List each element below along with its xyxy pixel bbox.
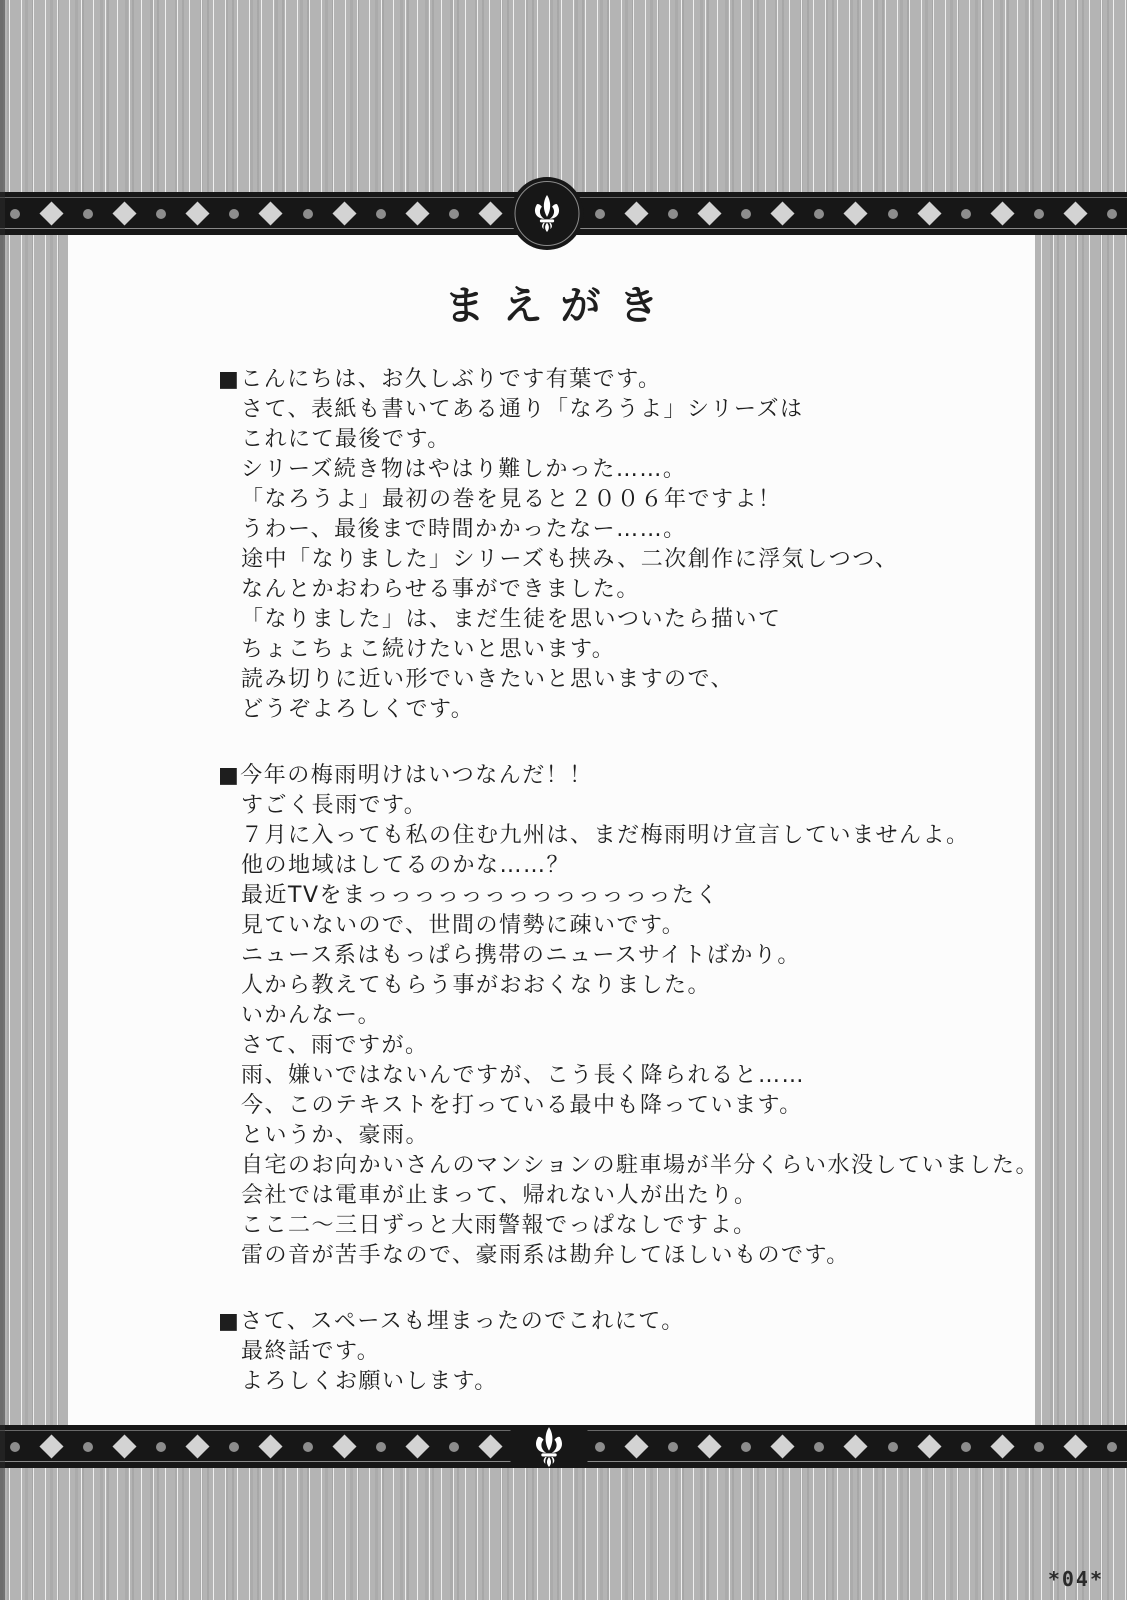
diamond-ornament xyxy=(844,201,868,225)
paragraph: ■さて、スペースも埋まったのでこれにて。最終話です。よろしくお願いします。 xyxy=(218,1307,1035,1397)
text-line: 雨、嫌いではないんですが、こう長く降られると…… xyxy=(218,1061,1035,1091)
scanned-doujin-preface-page: { "page": { "title": "まえがき", "page_numbe… xyxy=(0,0,1127,1600)
text-line: なんとかおわらせる事ができました。 xyxy=(218,575,1035,605)
text-line: 自宅のお向かいさんのマンションの駐車場が半分くらい水没していました。 xyxy=(218,1151,1035,1181)
text-line: よろしくお願いします。 xyxy=(218,1367,1035,1397)
dot-ornament xyxy=(449,1442,459,1452)
dot-ornament xyxy=(376,1442,386,1452)
text-line: ■今年の梅雨明けはいつなんだ！！ xyxy=(218,761,1035,791)
text-line: 他の地域はしてるのかな……？ xyxy=(218,851,1035,881)
dot-ornament xyxy=(961,209,971,219)
diamond-ornament xyxy=(917,1434,941,1458)
diamond-ornament xyxy=(405,1434,429,1458)
text-line: さて、雨ですが。 xyxy=(218,1031,1035,1061)
text-line: ７月に入っても私の住む九州は、まだ梅雨明け宣言していませんよ。 xyxy=(218,821,1035,851)
dot-ornament xyxy=(376,209,386,219)
diamond-ornament xyxy=(698,1434,722,1458)
dot-ornament xyxy=(741,209,751,219)
dot-ornament xyxy=(668,209,678,219)
text-line: 見ていないので、世間の情勢に疎いです。 xyxy=(218,911,1035,941)
dot-ornament xyxy=(1034,1442,1044,1452)
text-line: 読み切りに近い形でいきたいと思いますので、 xyxy=(218,665,1035,695)
diamond-ornament xyxy=(113,1434,137,1458)
text-line: というか、豪雨。 xyxy=(218,1121,1035,1151)
diamond-ornament xyxy=(698,201,722,225)
dot-ornament xyxy=(814,209,824,219)
text-line: うわー、最後まで時間かかったなー……。 xyxy=(218,515,1035,545)
text-line: ここ二〜三日ずっと大雨警報でっぱなしですよ。 xyxy=(218,1211,1035,1241)
text-line: ■こんにちは、お久しぶりです有葉です。 xyxy=(218,365,1035,395)
dot-ornament xyxy=(961,1442,971,1452)
dot-ornament xyxy=(303,209,313,219)
diamond-ornament xyxy=(332,201,356,225)
dot-ornament xyxy=(1034,209,1044,219)
diamond-ornament xyxy=(405,201,429,225)
text-line: ニュース系はもっぱら携帯のニュースサイトばかり。 xyxy=(218,941,1035,971)
text-line: 今、このテキストを打っている最中も降っています。 xyxy=(218,1091,1035,1121)
dot-ornament xyxy=(888,209,898,219)
diamond-ornament xyxy=(771,201,795,225)
diamond-ornament xyxy=(1063,1434,1087,1458)
diamond-ornament xyxy=(478,1434,502,1458)
diamond-ornament xyxy=(113,201,137,225)
dot-ornament xyxy=(229,1442,239,1452)
diamond-ornament xyxy=(259,201,283,225)
dot-ornament xyxy=(595,209,605,219)
diamond-ornament xyxy=(1063,201,1087,225)
dot-ornament xyxy=(83,1442,93,1452)
text-line: 会社では電車が止まって、帰れない人が出たり。 xyxy=(218,1181,1035,1211)
diamond-ornament xyxy=(186,201,210,225)
diamond-ornament xyxy=(625,201,649,225)
dot-ornament xyxy=(10,209,20,219)
text-line: 「なりました」は、まだ生徒を思いついたら描いて xyxy=(218,605,1035,635)
text-line: 雷の音が苦手なので、豪雨系は勘弁してほしいものです。 xyxy=(218,1241,1035,1271)
diamond-ornament xyxy=(917,201,941,225)
text-line: 途中「なりました」シリーズも挟み、二次創作に浮気しつつ、 xyxy=(218,545,1035,575)
dot-ornament xyxy=(156,209,166,219)
text-line: さて、表紙も書いてある通り「なろうよ」シリーズは xyxy=(218,395,1035,425)
diamond-ornament xyxy=(186,1434,210,1458)
diamond-ornament xyxy=(990,1434,1014,1458)
page-title: まえがき xyxy=(68,283,1035,330)
dot-ornament xyxy=(156,1442,166,1452)
dot-ornament xyxy=(83,209,93,219)
diamond-ornament xyxy=(771,1434,795,1458)
text-line: これにて最後です。 xyxy=(218,425,1035,455)
content-sheet: まえがき ■こんにちは、お久しぶりです有葉です。さて、表紙も書いてある通り「なろ… xyxy=(68,235,1035,1425)
medallion-ring xyxy=(515,181,580,246)
paragraph: ■今年の梅雨明けはいつなんだ！！すごく長雨です。７月に入っても私の住む九州は、ま… xyxy=(218,761,1035,1271)
text-line: シリーズ続き物はやはり難しかった……。 xyxy=(218,455,1035,485)
dot-ornament xyxy=(449,209,459,219)
dot-ornament xyxy=(1107,209,1117,219)
text-line: 人から教えてもらう事がおおくなりました。 xyxy=(218,971,1035,1001)
diamond-ornament xyxy=(844,1434,868,1458)
dot-ornament xyxy=(303,1442,313,1452)
dot-ornament xyxy=(814,1442,824,1452)
text-line: 最終話です。 xyxy=(218,1337,1035,1367)
diamond-ornament xyxy=(259,1434,283,1458)
fleur-de-lis-icon xyxy=(535,1427,564,1467)
preface-text: ■こんにちは、お久しぶりです有葉です。さて、表紙も書いてある通り「なろうよ」シリ… xyxy=(218,365,1035,1397)
diamond-ornament xyxy=(332,1434,356,1458)
diamond-ornament xyxy=(990,201,1014,225)
text-line: どうぞよろしくです。 xyxy=(218,695,1035,725)
text-line: 「なろうよ」最初の巻を見ると２００６年ですよ！ xyxy=(218,485,1035,515)
text-line: すごく長雨です。 xyxy=(218,791,1035,821)
scan-edge-shadow xyxy=(0,0,5,1600)
diamond-ornament xyxy=(478,201,502,225)
paragraph: ■こんにちは、お久しぶりです有葉です。さて、表紙も書いてある通り「なろうよ」シリ… xyxy=(218,365,1035,725)
dot-ornament xyxy=(741,1442,751,1452)
dot-ornament xyxy=(1107,1442,1117,1452)
page-number: *04* xyxy=(1048,1567,1104,1591)
dot-ornament xyxy=(229,209,239,219)
diamond-ornament xyxy=(625,1434,649,1458)
dot-ornament xyxy=(595,1442,605,1452)
text-line: ちょこちょこ続けたいと思います。 xyxy=(218,635,1035,665)
bottom-fleur-mask xyxy=(511,1427,588,1466)
dot-ornament xyxy=(668,1442,678,1452)
diamond-ornament xyxy=(40,201,64,225)
dot-ornament xyxy=(888,1442,898,1452)
dot-ornament xyxy=(10,1442,20,1452)
text-line: 最近TVをまっっっっっっっっっっっっったく xyxy=(218,881,1035,911)
text-line: いかんなー。 xyxy=(218,1001,1035,1031)
top-medallion xyxy=(511,177,584,250)
diamond-ornament xyxy=(40,1434,64,1458)
text-line: ■さて、スペースも埋まったのでこれにて。 xyxy=(218,1307,1035,1337)
